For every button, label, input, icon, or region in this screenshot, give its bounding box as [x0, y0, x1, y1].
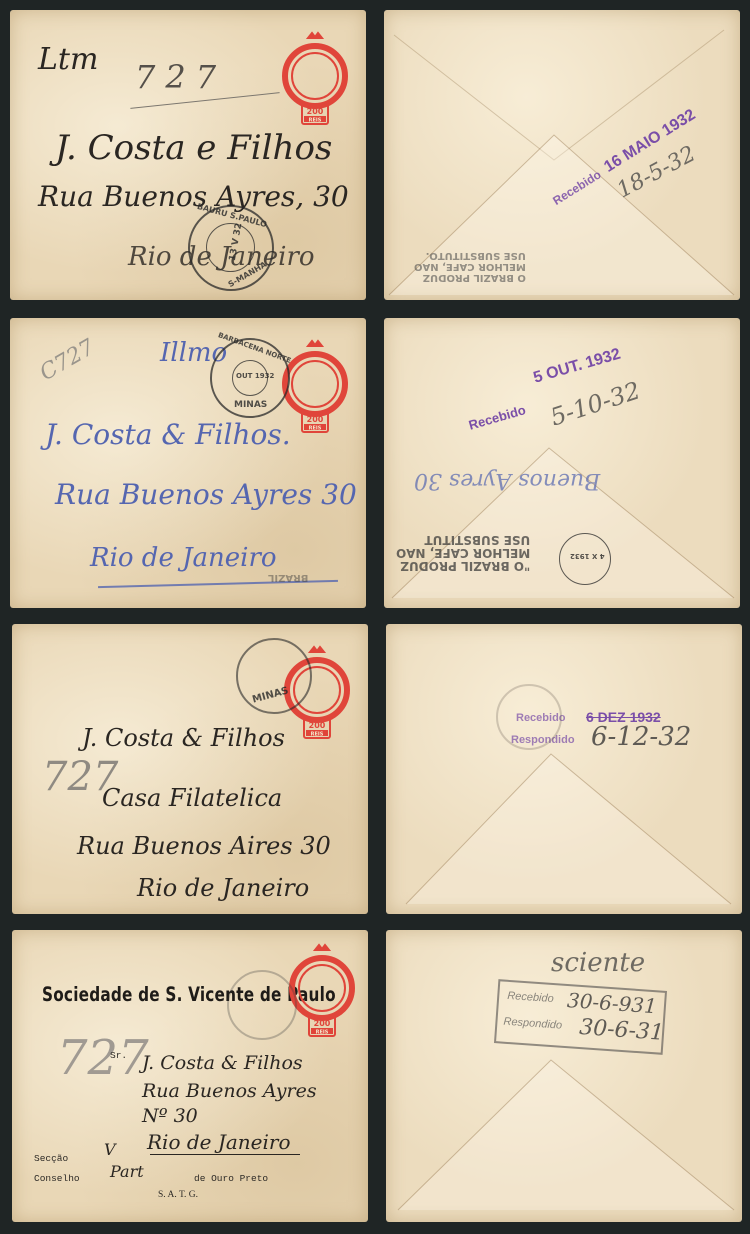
sender-note: Buenos Ayres 30: [414, 468, 600, 493]
business-name: Casa Filatelica: [102, 784, 282, 812]
postmark-rio: 4 X 1932: [559, 533, 611, 585]
handwritten-date: 5-10-32: [547, 376, 644, 431]
city: Rio de Janeiro: [137, 874, 309, 902]
envelope-3-front: 727 J. Costa & Filhos Casa Filatelica Ru…: [12, 624, 368, 914]
pencil-note: C727: [36, 335, 99, 386]
slogan-cancel: "O BRAZIL PRODUZ MELHOR CAFE, NAO USE SU…: [396, 533, 530, 572]
svg-text:REIS: REIS: [316, 1030, 329, 1036]
stamp-icon: 200 REIS: [280, 30, 350, 130]
received-stamp-date: 5 OUT. 1932: [532, 346, 623, 388]
answered-date: 30-6-31: [578, 1015, 664, 1046]
envelope-4-back: sciente Recebido 30-6-931 Respondido 30-…: [386, 930, 742, 1222]
top-note: Ltm: [38, 42, 98, 77]
section-label: Secção: [34, 1153, 68, 1164]
received-label: Recebido: [467, 402, 527, 433]
received-date: 30-6-931: [566, 988, 657, 1018]
addressee: J. Costa & Filhos: [142, 1052, 303, 1074]
postmark-barbacena: BARBACENA NORTE OUT 1932 MINAS: [210, 338, 290, 418]
street-address: Rua Buenos Ayres 30: [55, 478, 357, 511]
envelope-flap: [386, 624, 742, 914]
city-underline: [150, 1154, 300, 1155]
council-label: Conselho: [34, 1173, 80, 1184]
received-answered-box: Recebido 30-6-931 Respondido 30-6-31: [494, 979, 667, 1055]
council-handwritten: Part: [110, 1162, 144, 1181]
acknowledged-note: sciente: [551, 948, 645, 978]
stamp-icon: 200 REIS: [280, 338, 350, 438]
svg-text:200: 200: [309, 721, 326, 730]
council-place: de Ouro Preto: [194, 1173, 268, 1184]
envelope-1-front: Ltm 727 J. Costa e Filhos Rua Buenos Ayr…: [10, 10, 366, 300]
svg-text:200: 200: [314, 1019, 331, 1028]
svg-text:200: 200: [307, 415, 324, 424]
stamp-icon: 200 REIS: [287, 942, 357, 1042]
city: Rio de Janeiro: [90, 543, 277, 573]
addressee: J. Costa & Filhos: [82, 724, 285, 752]
street-address: Rua Buenos Ayres: [142, 1080, 317, 1102]
svg-text:REIS: REIS: [309, 118, 322, 124]
imprinted-stamp: 200 REIS: [280, 338, 350, 438]
street-number: Nº 30: [142, 1105, 198, 1127]
svg-text:REIS: REIS: [311, 732, 324, 738]
handwritten-date: 6-12-32: [591, 722, 691, 752]
addressee: J. Costa e Filhos: [55, 128, 332, 168]
envelope-2-back: 5 OUT. 1932 Recebido 5-10-32 Buenos Ayre…: [384, 318, 740, 608]
slogan-cancel: O BRAZIL PRODUZ MELHOR CAFE, NAO USE SUB…: [414, 250, 526, 283]
imprinted-stamp: 200 REIS: [280, 30, 350, 130]
envelope-2-front: C727 Illmo J. Costa & Filhos. Rua Buenos…: [10, 318, 366, 608]
svg-text:REIS: REIS: [309, 426, 322, 432]
envelope-1-back: 16 MAIO 1932 Recebido 18-5-32 O BRAZIL P…: [384, 10, 740, 300]
envelope-4-front: Sociedade de S. Vicente de Paulo 727 Sr.…: [12, 930, 368, 1222]
addressee: J. Costa & Filhos.: [45, 418, 291, 451]
postmark-ouro-preto: [227, 970, 297, 1040]
street-address: Rua Buenos Aires 30: [77, 832, 331, 860]
check-mark: V: [104, 1140, 116, 1159]
received-label: Recebido: [507, 990, 554, 1005]
received-label: Recebido: [550, 167, 603, 207]
city: Rio de Janeiro: [147, 1130, 291, 1154]
postmark-faint: [496, 684, 562, 750]
pencil-note: 727: [57, 1030, 149, 1086]
salutation: Sr.: [110, 1050, 127, 1061]
initials: S. A. T. G.: [158, 1190, 198, 1200]
imprinted-stamp: 200 REIS: [287, 942, 357, 1042]
envelope-3-back: Recebido 6 DEZ 1932 Respondido 6-12-32: [386, 624, 742, 914]
street-address: Rua Buenos Ayres, 30: [38, 180, 349, 213]
svg-text:200: 200: [307, 107, 324, 116]
postmark-bello-horizonte: MINAS: [236, 638, 312, 714]
answered-label: Respondido: [503, 1016, 562, 1032]
reference-number: 727: [135, 58, 226, 96]
postmark-bauru: BAURU S.PAULO 13 V 32 S-MANHA: [188, 205, 274, 291]
slogan-fragment: BRAZIL: [268, 572, 308, 583]
